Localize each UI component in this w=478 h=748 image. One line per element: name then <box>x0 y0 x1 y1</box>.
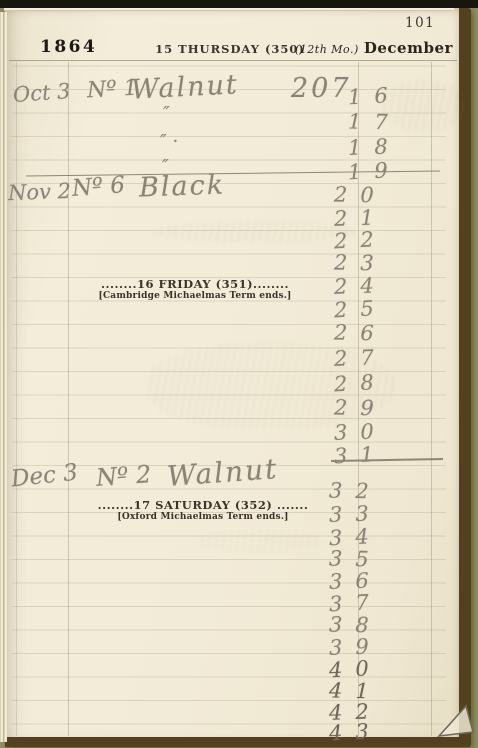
count-number: 19 <box>347 158 401 185</box>
hw-entry3-no: Nº 2 <box>95 460 152 492</box>
margin-rule-left-edge <box>16 62 17 736</box>
margin-rule-left <box>68 62 69 736</box>
hw-entry1-date: Oct 3 <box>12 79 71 107</box>
margin-rule-right <box>431 62 432 736</box>
leader-dots: ....... <box>277 498 309 512</box>
count-number: 16 <box>347 83 401 110</box>
page-top-edge <box>4 8 454 12</box>
printed-month: (12th Mo.) December <box>295 38 437 57</box>
scan-top-shadow <box>0 0 478 8</box>
printed-day-thursday: 15 THURSDAY (350) <box>148 42 312 56</box>
printed-day-friday: ........16 FRIDAY (351)........ [Cambrid… <box>83 277 307 301</box>
count-number: 28 <box>333 370 387 397</box>
hw-ditto: ″ · <box>160 131 178 152</box>
header-divider-line <box>9 60 457 61</box>
bleedthrough-mark <box>150 222 355 242</box>
count-number: 43 <box>328 719 382 746</box>
hw-entry2-no: Nº 6 <box>71 172 126 202</box>
hw-entry1-amount: 207 <box>291 73 352 104</box>
count-number: 31 <box>333 442 387 469</box>
count-number: 20 <box>334 183 387 208</box>
count-number: 27 <box>334 345 388 371</box>
count-number: 26 <box>334 321 387 346</box>
saturday-note: [Oxford Michaelmas Term ends.] <box>91 512 315 522</box>
month-name: December <box>364 39 453 57</box>
corner-triangle-mark <box>436 702 478 742</box>
bleedthrough-mark <box>198 530 323 552</box>
leader-dots: ........ <box>253 277 289 291</box>
hw-ditto: ″ <box>163 103 170 124</box>
hw-entry1-item: Walnut <box>130 69 239 106</box>
month-prefix: (12th Mo.) <box>295 43 359 56</box>
page-number: 101 <box>405 15 435 31</box>
hw-entry2-date: Nov 2 <box>8 179 72 205</box>
page-stack-edges <box>0 12 7 742</box>
leader-dots: ........ <box>98 498 134 512</box>
count-number: 22 <box>333 227 387 254</box>
saturday-title: 17 SATURDAY (352) <box>134 498 273 512</box>
friday-title: 16 FRIDAY (351) <box>137 277 253 291</box>
count-number: 17 <box>348 110 401 135</box>
leader-dots: ........ <box>101 277 137 291</box>
count-number: 32 <box>329 479 382 504</box>
count-number: 25 <box>333 296 387 323</box>
count-number: 23 <box>334 251 387 276</box>
printed-day-saturday: ........17 SATURDAY (352) ....... [Oxfor… <box>91 498 315 522</box>
count-number: 29 <box>334 396 387 421</box>
count-number: 18 <box>348 134 402 160</box>
printed-year: 1864 <box>40 37 97 57</box>
friday-note: [Cambridge Michaelmas Term ends.] <box>83 291 307 301</box>
hw-entry2-item: Black <box>138 170 225 204</box>
